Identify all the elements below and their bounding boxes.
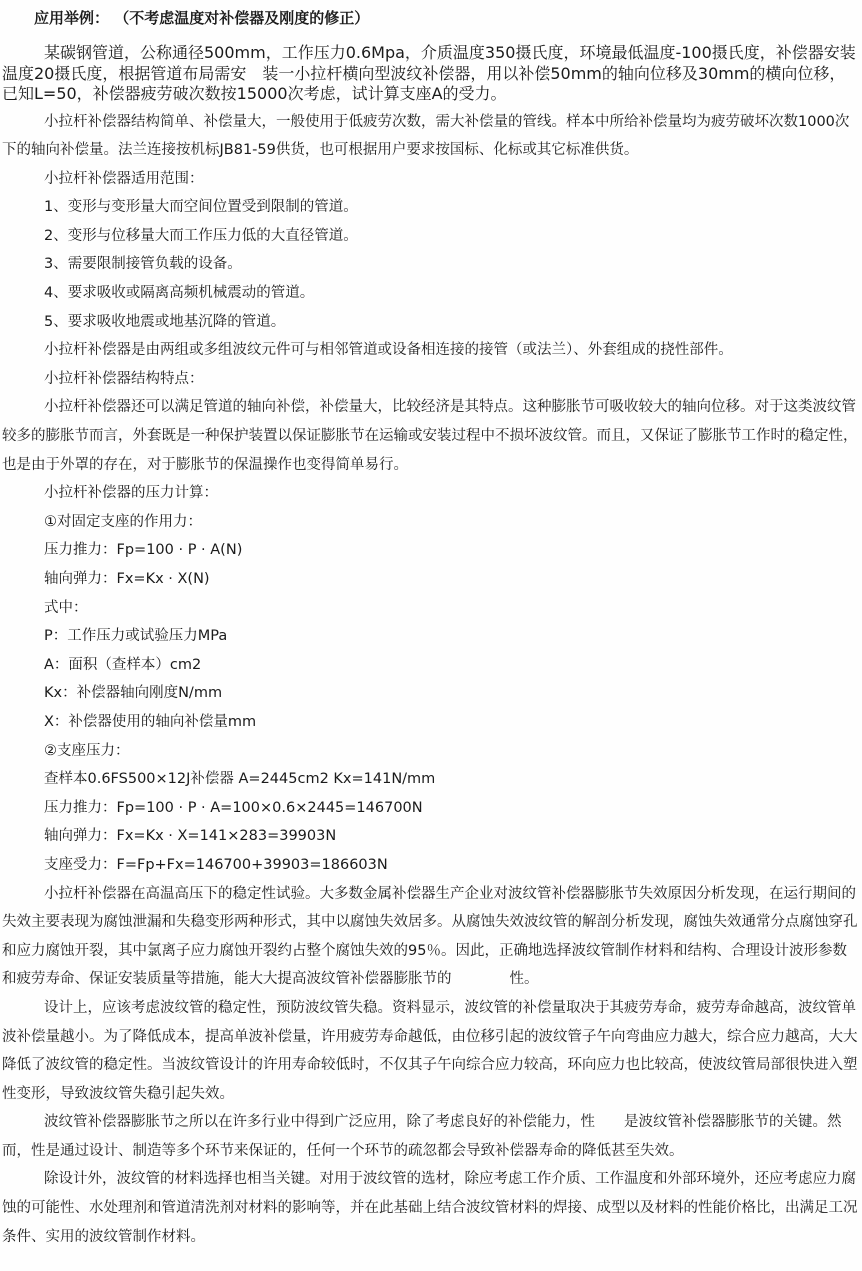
paragraph-structure-features: 小拉杆补偿器还可以满足管道的轴向补偿，补偿量大，比较经济是其特点。这种膨胀节可吸… — [2, 393, 859, 479]
paragraph-stability-test: 小拉杆补偿器在高温高压下的稳定性试验。大多数金属补偿器生产企业对波纹管补偿器膨胀… — [2, 880, 859, 994]
lead-paragraph: 某碳钢管道，公称通径500mm，工作压力0.6Mpa，介质温度350摄氏度，环境… — [2, 43, 859, 105]
scope-item-5: 5、要求吸收地震或地基沉降的管道。 — [2, 308, 859, 337]
document-title: 应用举例： （不考虑温度对补偿器及刚度的修正） — [2, 8, 859, 28]
scope-item-1: 1、变形与变形量大而空间位置受到限制的管道。 — [2, 193, 859, 222]
paragraph-material-selection: 除设计外，波纹管的材料选择也相当关键。对用于波纹管的选材，除应考虑工作介质、工作… — [2, 1165, 859, 1251]
calc-pressure-thrust: 压力推力：Fp=100 · P · A=100×0.6×2445=146700N — [2, 794, 859, 823]
paragraph-overview: 小拉杆补偿器结构简单、补偿量大，一般使用于低疲劳次数，需大补偿量的管线。样本中所… — [2, 108, 859, 165]
document-page: 应用举例： （不考虑温度对补偿器及刚度的修正） 某碳钢管道，公称通径500mm，… — [0, 0, 862, 1271]
heading-pressure-calculation: 小拉杆补偿器的压力计算： — [2, 479, 859, 508]
formula-axial-spring-force: 轴向弹力：Fx=Kx · X(N) — [2, 565, 859, 594]
variable-a-definition: A：面积（查样本）cm2 — [2, 651, 859, 680]
sample-lookup-values: 查样本0.6FS500×12J补偿器 A=2445cm2 Kx=141N/mm — [2, 765, 859, 794]
calc-support-force: 支座受力：F=Fp+Fx=146700+39903=186603N — [2, 851, 859, 880]
paragraph-wide-application: 波纹管补偿器膨胀节之所以在许多行业中得到广泛应用，除了考虑良好的补偿能力，性 是… — [2, 1108, 859, 1165]
scope-item-2: 2、变形与位移量大而工作压力低的大直径管道。 — [2, 222, 859, 251]
variable-x-definition: X：补偿器使用的轴向补偿量mm — [2, 708, 859, 737]
heading-support-pressure: ②支座压力： — [2, 737, 859, 766]
paragraph-composition: 小拉杆补偿器是由两组或多组波纹元件可与相邻管道或设备相连接的接管（或法兰）、外套… — [2, 336, 859, 365]
heading-application-scope: 小拉杆补偿器适用范围： — [2, 165, 859, 194]
scope-item-4: 4、要求吸收或隔离高频机械震动的管道。 — [2, 279, 859, 308]
heading-structure-features: 小拉杆补偿器结构特点： — [2, 365, 859, 394]
variable-kx-definition: Kx：补偿器轴向刚度N/mm — [2, 679, 859, 708]
scope-item-3: 3、需要限制接管负载的设备。 — [2, 250, 859, 279]
formula-pressure-thrust: 压力推力：Fp=100 · P · A(N) — [2, 536, 859, 565]
label-where: 式中： — [2, 594, 859, 623]
paragraph-design-considerations: 设计上，应该考虑波纹管的稳定性，预防波纹管失稳。资料显示，波纹管的补偿量取决于其… — [2, 994, 859, 1108]
calc-axial-spring-force: 轴向弹力：Fx=Kx · X=141×283=39903N — [2, 822, 859, 851]
variable-p-definition: P：工作压力或试验压力MPa — [2, 622, 859, 651]
heading-fixed-support-force: ①对固定支座的作用力： — [2, 508, 859, 537]
